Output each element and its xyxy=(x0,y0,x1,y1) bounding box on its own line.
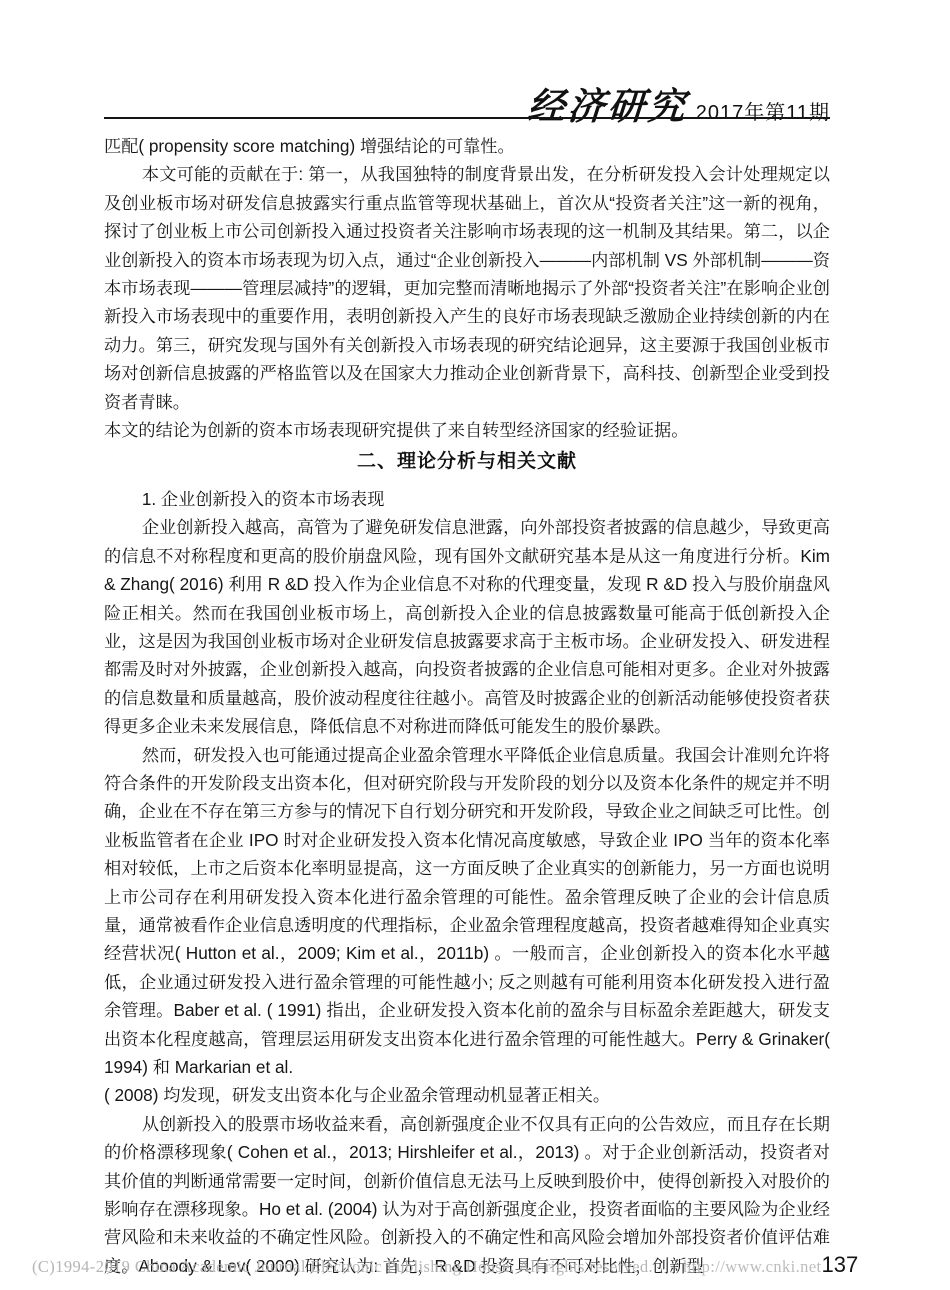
header-divider xyxy=(104,117,830,119)
paragraph: 企业创新投入越高，高管为了避免研发信息泄露，向外部投资者披露的信息越少，导致更高… xyxy=(104,513,830,740)
section-heading: 二、理论分析与相关文献 xyxy=(104,448,830,476)
paragraph: ( 2008) 均发现，研发支出资本化与企业盈余管理动机显著正相关。 xyxy=(104,1081,830,1109)
paragraph: 本文可能的贡献在于: 第一，从我国独特的制度背景出发，在分析研发投入会计处理规定… xyxy=(104,160,830,416)
paragraph: 本文的结论为创新的资本市场表现研究提供了来自转型经济国家的经验证据。 xyxy=(104,416,830,444)
journal-logo: 经济研究 xyxy=(526,76,690,130)
issue-label: 2017年第11期 xyxy=(696,96,830,125)
paragraph: 匹配( propensity score matching) 增强结论的可靠性。 xyxy=(104,132,830,160)
journal-page: 经济研究 2017年第11期 匹配( propensity score matc… xyxy=(0,0,950,1290)
article-body: 匹配( propensity score matching) 增强结论的可靠性。… xyxy=(104,132,830,1280)
page-footer: (C)1994-2019 China Academic Journal Elec… xyxy=(32,1252,950,1278)
copyright-notice: (C)1994-2019 China Academic Journal Elec… xyxy=(32,1257,653,1277)
publisher-url[interactable]: http://www.cnki.net xyxy=(683,1257,822,1277)
paragraph: 然而，研发投入也可能通过提高企业盈余管理水平降低企业信息质量。我国会计准则允许将… xyxy=(104,741,830,1082)
page-number: 137 xyxy=(822,1252,859,1278)
paragraph: 1. 企业创新投入的资本市场表现 xyxy=(104,485,830,513)
page-header: 经济研究 2017年第11期 xyxy=(528,76,830,130)
